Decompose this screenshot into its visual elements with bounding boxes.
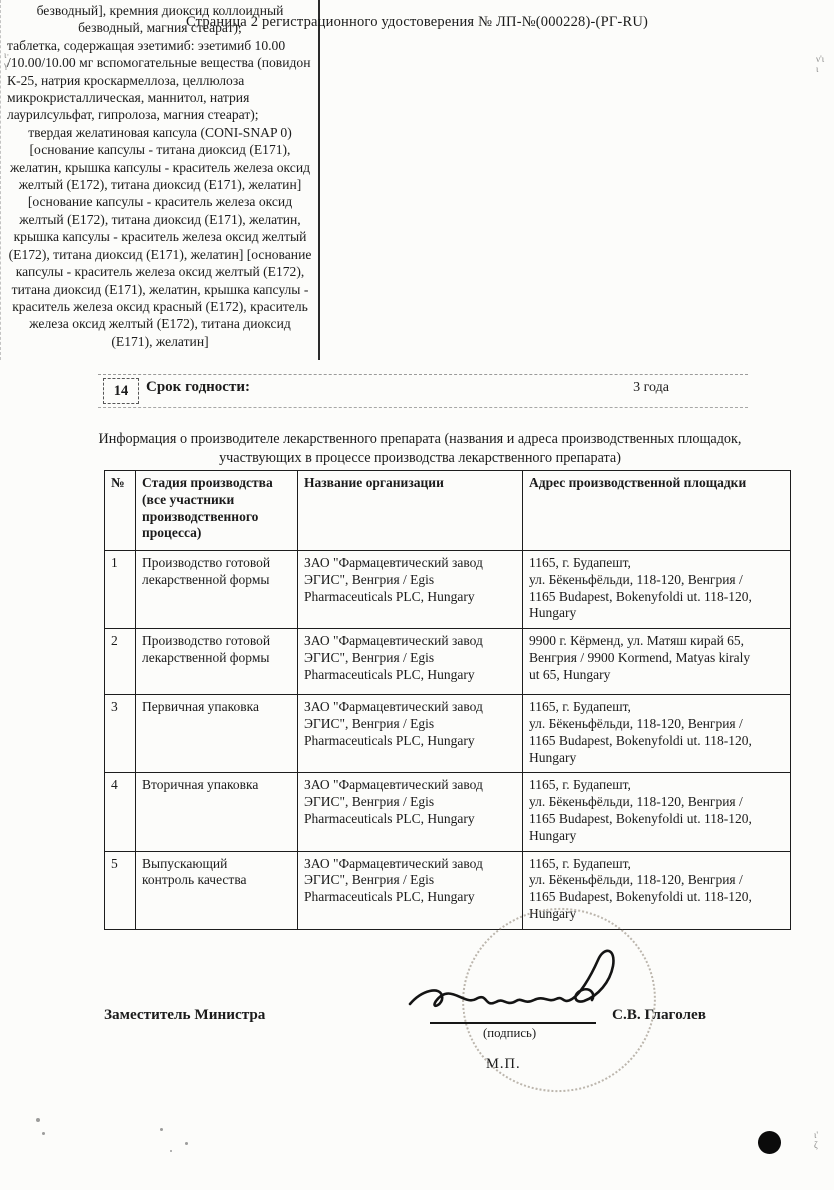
cell-number: 2: [105, 629, 136, 695]
scan-speck: [36, 1118, 40, 1122]
cell-stage: Производство готовой лекарственной формы: [136, 629, 298, 695]
scan-speck: [185, 1142, 188, 1145]
cell-stage: Первичная упаковка: [136, 695, 298, 773]
scan-artifact: ι'ζ: [814, 1130, 818, 1150]
manufacturers-table: № Стадия производства (все участники про…: [104, 470, 791, 930]
column-header-organization: Название организации: [298, 471, 523, 551]
composition-paragraph-3: твердая желатиновая капсула (CONI-SNAP 0…: [7, 124, 313, 350]
cell-address: 1165, г. Будапешт, ул. Бёкеньфёльди, 118…: [523, 773, 791, 851]
seal-placeholder-label: М.П.: [486, 1056, 521, 1073]
composition-paragraph-2: таблетка, содержащая эзетимиб: эзетимиб …: [7, 37, 313, 124]
column-header-number: №: [105, 471, 136, 551]
scan-speck: [42, 1132, 45, 1135]
shelf-life-number: 14: [103, 378, 139, 404]
cell-stage: Производство готовой лекарственной формы: [136, 551, 298, 629]
scan-artifact: ι·γ: [4, 50, 9, 70]
cell-number: 1: [105, 551, 136, 629]
handwritten-signature: [406, 944, 626, 1022]
shelf-life-row: 14 Срок годности: 3 года: [98, 374, 748, 408]
table-row: 2 Производство готовой лекарственной фор…: [105, 629, 791, 695]
scan-speck: [160, 1128, 163, 1131]
table-row: 1 Производство готовой лекарственной фор…: [105, 551, 791, 629]
signature-caption: (подпись): [483, 1026, 536, 1041]
cell-address: 1165, г. Будапешт, ул. Бёкеньфёльди, 118…: [523, 695, 791, 773]
manufacturers-table-body: 1 Производство готовой лекарственной фор…: [105, 551, 791, 930]
page-header: Страница 2 регистрационного удостоверени…: [0, 14, 834, 31]
table-row: 5 Выпускающий контроль качества ЗАО "Фар…: [105, 851, 791, 929]
cell-organization: ЗАО "Фармацевтический завод ЭГИС", Венгр…: [298, 695, 523, 773]
column-header-address: Адрес производственной площадки: [523, 471, 791, 551]
table-row: 4 Вторичная упаковка ЗАО "Фармацевтическ…: [105, 773, 791, 851]
cell-address: 1165, г. Будапешт, ул. Бёкеньфёльди, 118…: [523, 551, 791, 629]
cell-organization: ЗАО "Фармацевтический завод ЭГИС", Венгр…: [298, 629, 523, 695]
scanned-document-page: Страница 2 регистрационного удостоверени…: [0, 0, 834, 1190]
shelf-life-label: Срок годности:: [146, 379, 250, 396]
signer-name: С.В. Глаголев: [612, 1006, 706, 1024]
cell-organization: ЗАО "Фармацевтический завод ЭГИС", Венгр…: [298, 551, 523, 629]
cell-organization: ЗАО "Фармацевтический завод ЭГИС", Венгр…: [298, 851, 523, 929]
scan-artifact: ν'ιι: [816, 54, 824, 74]
cell-organization: ЗАО "Фармацевтический завод ЭГИС", Венгр…: [298, 773, 523, 851]
shelf-life-value: 3 года: [571, 380, 731, 396]
scan-speck: [170, 1150, 172, 1152]
scan-hole-punch-dot: [758, 1131, 781, 1154]
table-header-row: № Стадия производства (все участники про…: [105, 471, 791, 551]
cell-stage: Выпускающий контроль качества: [136, 851, 298, 929]
cell-address: 9900 г. Кёрменд, ул. Матяш кирай 65, Вен…: [523, 629, 791, 695]
cell-number: 3: [105, 695, 136, 773]
table-row: 3 Первичная упаковка ЗАО "Фармацевтическ…: [105, 695, 791, 773]
cell-number: 5: [105, 851, 136, 929]
column-header-stage: Стадия производства (все участники произ…: [136, 471, 298, 551]
signature-line: [430, 1022, 596, 1024]
composition-block: безводный], кремния диоксид коллоидный б…: [0, 0, 320, 360]
cell-number: 4: [105, 773, 136, 851]
signer-title: Заместитель Министра: [104, 1006, 265, 1024]
cell-stage: Вторичная упаковка: [136, 773, 298, 851]
manufacturer-info-heading: Информация о производителе лекарственног…: [67, 430, 773, 467]
